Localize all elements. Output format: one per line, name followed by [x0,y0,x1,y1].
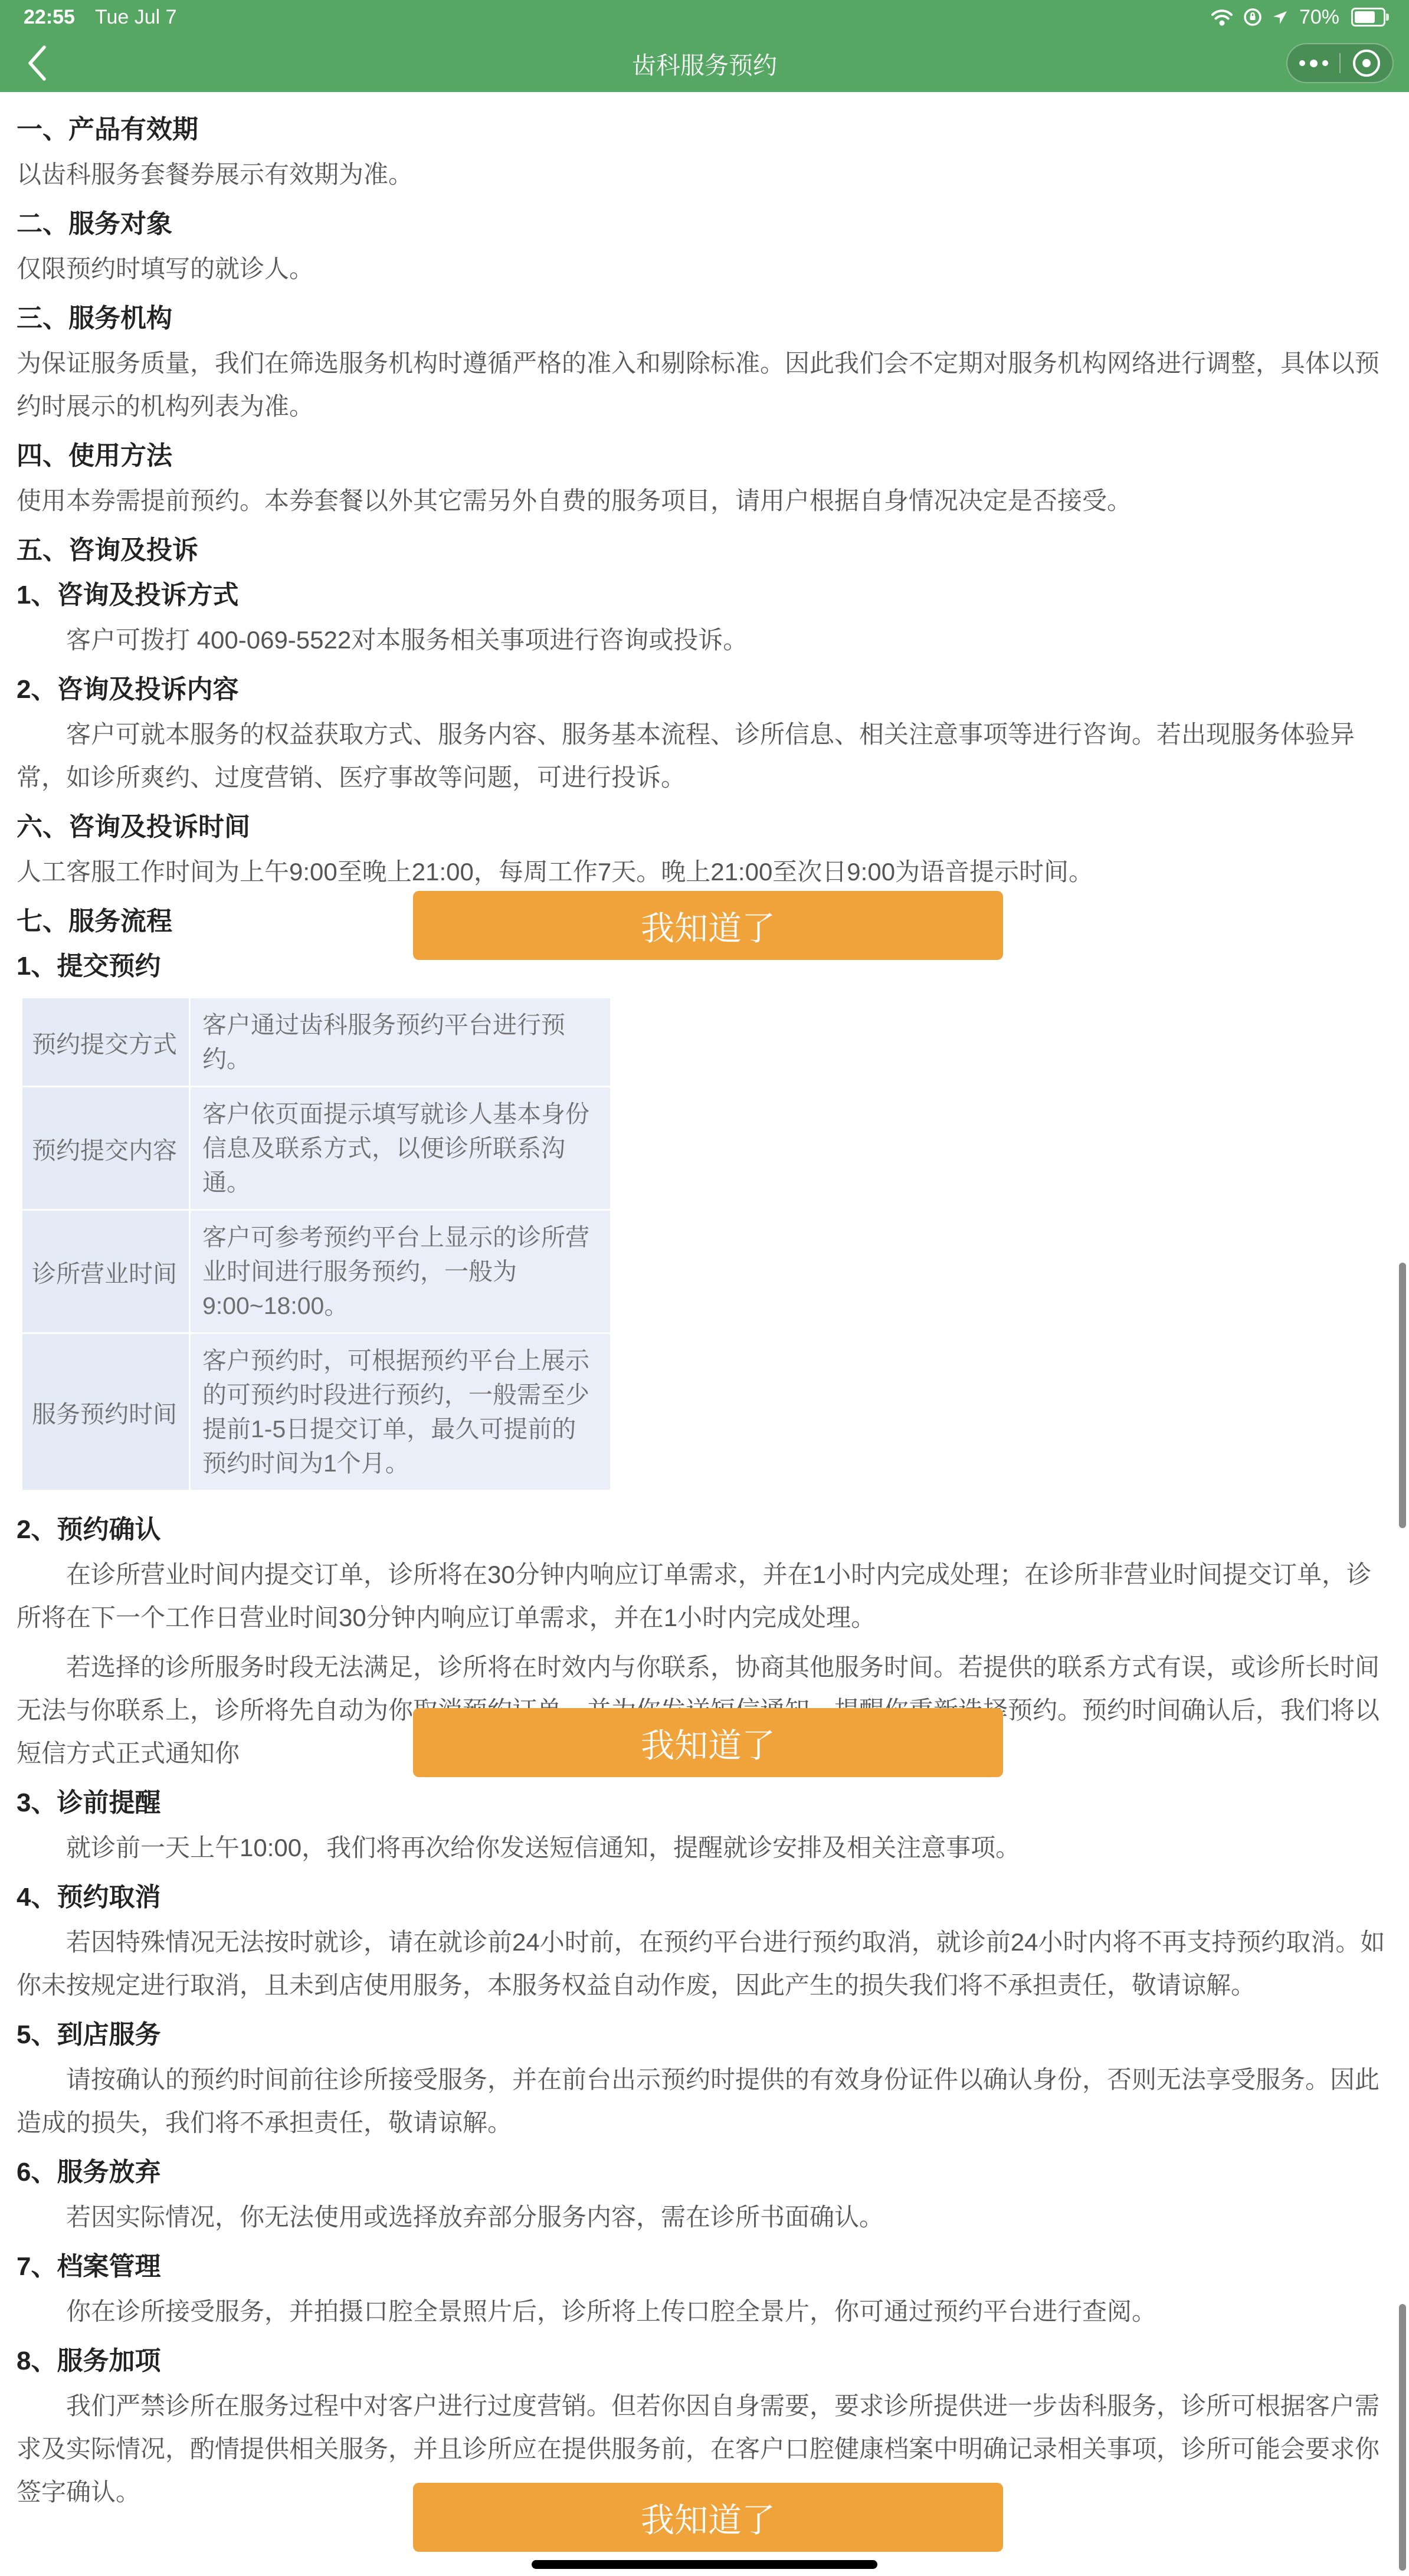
section-7-sub-5-paragraph: 请按确认的预约时间前往诊所接受服务，并在前台出示预约时提供的有效身份证件以确认身… [17,2058,1392,2144]
scrollbar-thumb[interactable] [1399,1263,1406,1528]
more-icon [1299,60,1328,67]
section-7-sub-3-heading: 3、诊前提醒 [17,1787,1392,1820]
top-bar: 22:55 Tue Jul 7 [0,0,1409,92]
table-row-label: 诊所营业时间 [22,1211,189,1332]
more-button[interactable] [1287,44,1339,82]
section-4-heading: 四、使用方法 [17,440,1392,473]
section-7-sub-8-heading: 8、服务加项 [17,2345,1392,2378]
section-7-sub-7-heading: 7、档案管理 [17,2250,1392,2283]
status-bar: 22:55 Tue Jul 7 [0,0,1409,34]
section-7-sub-7-paragraph: 你在诊所接受服务，并拍摄口腔全景照片后，诊所将上传口腔全景片，你可通过预约平台进… [17,2290,1392,2333]
table-row-content: 客户可参考预约平台上显示的诊所营业时间进行服务预约，一般为9:00~18:00。 [191,1211,610,1332]
section-7-sub-6-heading: 6、服务放弃 [17,2156,1392,2189]
section-5-heading: 五、咨询及投诉 [17,534,1392,567]
scrollbar-thumb[interactable] [1399,2304,1406,2571]
table-row-content: 客户通过齿科服务预约平台进行预约。 [191,998,610,1086]
table-row: 预约提交方式 客户通过齿科服务预约平台进行预约。 [22,998,610,1086]
section-2-paragraph: 仅限预约时填写的就诊人。 [17,247,1392,290]
mini-program-capsule [1286,43,1394,83]
home-indicator[interactable] [532,2560,877,2569]
table-row-label: 预约提交方式 [22,998,189,1086]
section-6-paragraph: 人工客服工作时间为上午9:00至晚上21:00，每周工作7天。晚上21:00至次… [17,850,1392,893]
table-row: 诊所营业时间 客户可参考预约平台上显示的诊所营业时间进行服务预约，一般为9:00… [22,1211,610,1332]
section-5-sub-2-paragraph: 客户可就本服务的权益获取方式、服务内容、服务基本流程、诊所信息、相关注意事项等进… [17,713,1392,799]
battery-icon [1351,8,1385,27]
exit-mini-program-button[interactable] [1341,44,1392,82]
section-3-paragraph: 为保证服务质量，我们在筛选服务机构时遵循严格的准入和剔除标准。因此我们会不定期对… [17,342,1392,428]
status-date: Tue Jul 7 [95,6,177,29]
status-time: 22:55 [24,6,75,29]
table-row-content: 客户预约时，可根据预约平台上展示的可预约时段进行预约，一般需至少提前1-5日提交… [191,1334,610,1490]
section-1-heading: 一、产品有效期 [17,113,1392,146]
page-title: 齿科服务预约 [0,34,1409,92]
confirm-button[interactable]: 我知道了 [413,2483,1003,2552]
section-7-sub-3-paragraph: 就诊前一天上午10:00，我们将再次给你发送短信通知，提醒就诊安排及相关注意事项… [17,1826,1392,1869]
terms-content: 一、产品有效期 以齿科服务套餐券展示有效期为准。 二、服务对象 仅限预约时填写的… [0,92,1409,2513]
section-4-paragraph: 使用本券需提前预约。本券套餐以外其它需另外自费的服务项目，请用户根据自身情况决定… [17,479,1392,522]
section-7-sub-2-heading: 2、预约确认 [17,1513,1392,1546]
confirm-button[interactable]: 我知道了 [413,891,1003,960]
table-row-content: 客户依页面提示填写就诊人基本身份信息及联系方式，以便诊所联系沟通。 [191,1087,610,1209]
table-row: 预约提交内容 客户依页面提示填写就诊人基本身份信息及联系方式，以便诊所联系沟通。 [22,1087,610,1209]
section-7-sub-5-heading: 5、到店服务 [17,2018,1392,2051]
rotation-lock-icon [1243,7,1263,27]
section-6-heading: 六、咨询及投诉时间 [17,811,1392,844]
section-2-heading: 二、服务对象 [17,208,1392,241]
booking-process-table: 预约提交方式 客户通过齿科服务预约平台进行预约。 预约提交内容 客户依页面提示填… [22,998,610,1490]
table-row: 服务预约时间 客户预约时，可根据预约平台上展示的可预约时段进行预约，一般需至少提… [22,1334,610,1490]
section-7-sub-4-paragraph: 若因特殊情况无法按时就诊，请在就诊前24小时前，在预约平台进行预约取消，就诊前2… [17,1920,1392,2007]
confirm-button[interactable]: 我知道了 [413,1708,1003,1777]
table-row-label: 预约提交内容 [22,1087,189,1209]
mini-program-home-icon [1353,50,1380,77]
section-7-sub-6-paragraph: 若因实际情况，你无法使用或选择放弃部分服务内容，需在诊所书面确认。 [17,2195,1392,2239]
table-row-label: 服务预约时间 [22,1334,189,1490]
section-5-sub-1-heading: 1、咨询及投诉方式 [17,579,1392,612]
nav-bar: 齿科服务预约 [0,34,1409,92]
section-7-sub-2-paragraph-1: 在诊所营业时间内提交订单，诊所将在30分钟内响应订单需求，并在1小时内完成处理；… [17,1553,1392,1639]
section-3-heading: 三、服务机构 [17,302,1392,335]
section-1-paragraph: 以齿科服务套餐券展示有效期为准。 [17,153,1392,196]
section-5-sub-1-paragraph: 客户可拨打 400-069-5522对本服务相关事项进行咨询或投诉。 [17,618,1392,661]
section-7-sub-4-heading: 4、预约取消 [17,1881,1392,1914]
location-icon [1272,8,1290,26]
battery-percent: 70% [1299,6,1339,29]
section-5-sub-2-heading: 2、咨询及投诉内容 [17,673,1392,706]
wifi-icon [1211,8,1233,26]
